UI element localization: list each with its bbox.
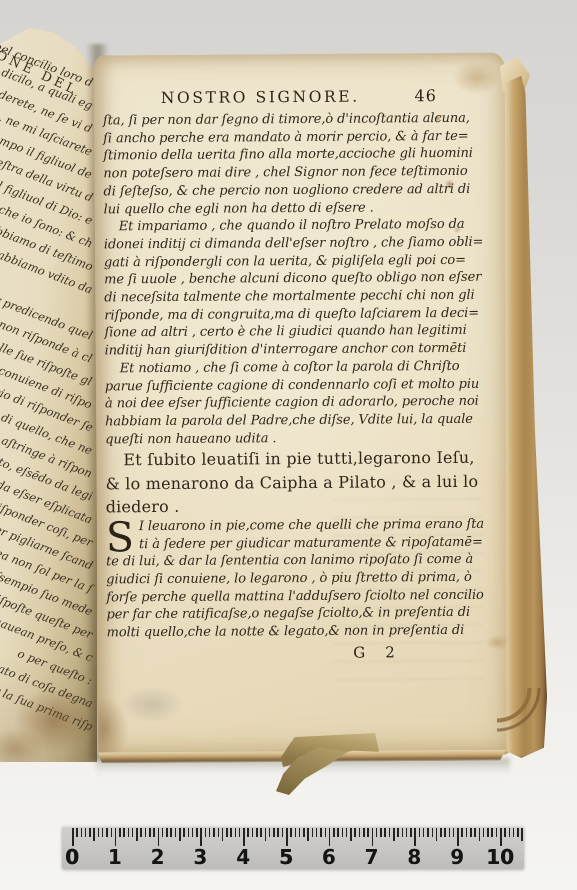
page-curl-bottom	[497, 688, 555, 746]
text-line: molti quello,che la notte & legato,& non…	[107, 622, 477, 642]
paragraph-1: ſta, ſi per non dar ſegno di timore,ò d'…	[103, 110, 474, 219]
text-line: rogato di coſa degna	[0, 654, 95, 710]
book-page: NOSTRO SIGNORE. 46 ſta, ſi per non dar ſ…	[94, 53, 511, 758]
text-line: ſta, ſi per non dar ſegno di timore,ò d'…	[103, 110, 473, 130]
page-number: 46	[414, 86, 436, 105]
ruler-number: 5	[279, 845, 293, 869]
ruler-number: 8	[407, 845, 421, 869]
ruler-number: 10	[486, 845, 514, 869]
text-line: & lo menarono da Caipha a Pilato , & a l…	[105, 469, 475, 495]
text-line: o per queſto :	[16, 646, 95, 687]
ruler-number: 3	[193, 845, 207, 869]
ruler-number: 6	[322, 845, 336, 869]
ruler-number: 9	[450, 845, 464, 869]
text-line: diedero .	[106, 493, 476, 519]
page-header: NOSTRO SIGNORE. 46	[103, 86, 473, 108]
text-line: Et notiamo , che ſi come à coſtor la par…	[105, 358, 475, 378]
signature-mark: G 2	[107, 643, 477, 664]
signature-number: 2	[385, 643, 395, 661]
ruler: 012345678910	[62, 826, 524, 869]
text-line: di neceſsita talmente che mortalmente pe…	[104, 287, 474, 307]
ruler-number: 2	[151, 845, 165, 869]
paragraph-2: Et impariamo , che quando il noſtro Prel…	[104, 216, 475, 360]
ruler-number: 7	[365, 845, 379, 869]
text-line: I leuarono in pie,come che quelli che pr…	[106, 516, 476, 536]
facing-page-text: ſsero nel concilio loro dl Chriſto, dici…	[0, 76, 97, 762]
paragraph-3: Et notiamo , che ſi come à coſtor la par…	[105, 358, 476, 449]
text-line: giudici ſi conuiene, lo legarono , ò piu…	[106, 569, 476, 589]
scripture-passage: Et ſubito leuatiſi in pie tutti,legarono…	[105, 446, 475, 518]
drop-cap: S	[106, 521, 134, 553]
text-line: di ſeſteſso, & che percio non uogliono c…	[103, 181, 473, 201]
ruler-number: 4	[236, 845, 250, 869]
running-title: NOSTRO SIGNORE.	[161, 88, 360, 107]
text-block: NOSTRO SIGNORE. 46 ſta, ſi per non dar ſ…	[103, 86, 477, 663]
text-line: habbiam la parola del Padre,che diſse, V…	[105, 411, 475, 431]
photo-background: IONE DEL ſsero nel concilio loro dl Chri…	[0, 0, 577, 890]
ruler-number: 1	[108, 845, 122, 869]
text-line: mutar la ſua prima riſp	[0, 672, 95, 733]
text-line: non poteſsero mai dire , chel Signor non…	[103, 163, 473, 183]
facing-page: IONE DEL ſsero nel concilio loro dl Chri…	[0, 28, 97, 762]
text-line: Et ſubito leuatiſi in pie tutti,legarono…	[105, 446, 475, 472]
fore-edge	[504, 76, 547, 758]
signature-letter: G	[353, 643, 365, 661]
ruler-number: 0	[65, 845, 79, 869]
text-line: idonei inditij ci dimanda dell'eſser noſ…	[104, 234, 474, 254]
paragraph-4: S I leuarono in pie,come che quelli che …	[106, 516, 477, 643]
